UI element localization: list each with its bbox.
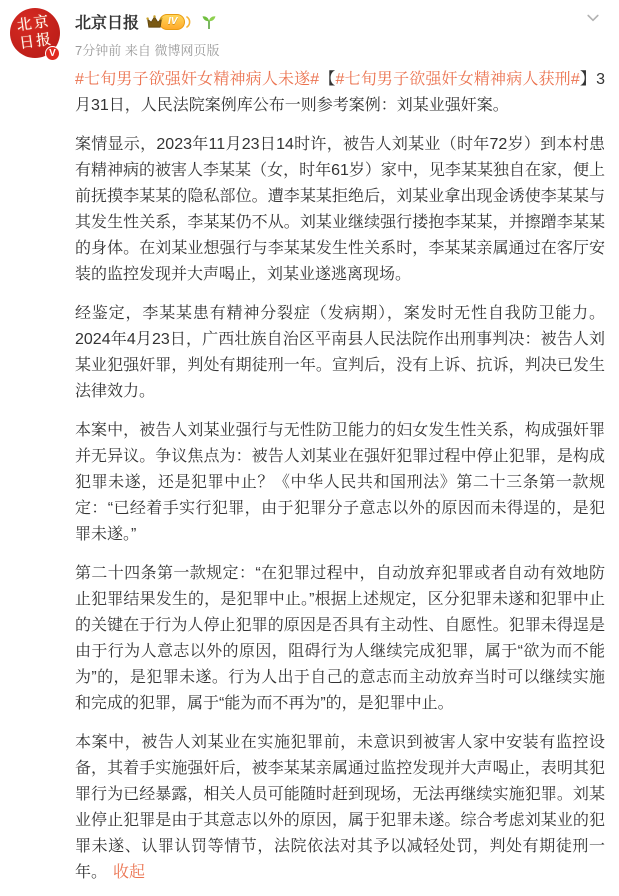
post-header: 北京日报 V 北京日报 IV: [0, 0, 619, 59]
collapse-link[interactable]: 收起: [113, 864, 145, 881]
verified-v-badge: V: [45, 46, 60, 61]
vip-badge-tail-icon: [186, 15, 192, 29]
post-paragraph-case-facts: 案情显示，2023年11月23日14时许，被告人刘某业（时年72岁）到本村患有精…: [75, 132, 605, 288]
vip-membership-badge[interactable]: IV: [146, 14, 192, 30]
post-content: #七旬男子欲强奸女精神病人未遂#【#七旬男子欲强奸女精神病人获刑#】3月31日，…: [0, 59, 619, 896]
post-paragraph-dispute: 本案中，被告人刘某业强行与无性防卫能力的妇女发生性关系，构成强奸罪并无异议。争议…: [75, 418, 605, 548]
post-paragraph-conclusion: 本案中，被告人刘某业在实施犯罪前，未意识到被害人家中安装有监控设备，其着手实施强…: [75, 730, 605, 886]
timestamp: 7分钟前: [75, 43, 121, 58]
bracket-close: 】: [580, 71, 596, 88]
hashtag-link-sentenced[interactable]: #七旬男子欲强奸女精神病人获刑#: [336, 71, 580, 88]
author-name[interactable]: 北京日报: [75, 10, 139, 33]
avatar[interactable]: 北京日报 V: [10, 8, 60, 58]
post-paragraph-law-article24: 第二十四条第一款规定：“在犯罪过程中，自动放弃犯罪或者自动有效地防止犯罪结果发生…: [75, 561, 605, 717]
chevron-down-icon[interactable]: [581, 8, 605, 28]
source-prefix: 来自: [125, 43, 151, 58]
crown-icon: [146, 15, 163, 29]
author-name-row: 北京日报 IV: [75, 10, 581, 33]
hashtag-link-attempted[interactable]: #七旬男子欲强奸女精神病人未遂#: [75, 71, 319, 88]
header-main: 北京日报 IV: [75, 8, 581, 59]
sprout-icon: [200, 13, 218, 30]
conclusion-text: 本案中，被告人刘某业在实施犯罪前，未意识到被害人家中安装有监控设备，其着手实施强…: [75, 734, 605, 881]
post-meta: 7分钟前 来自 微博网页版: [75, 40, 581, 59]
bracket-open: 【: [319, 71, 335, 88]
source-link[interactable]: 微博网页版: [155, 43, 220, 58]
weibo-post-card: 北京日报 V 北京日报 IV: [0, 0, 619, 896]
post-paragraph-lead: #七旬男子欲强奸女精神病人未遂#【#七旬男子欲强奸女精神病人获刑#】3月31日，…: [75, 67, 605, 119]
post-paragraph-verdict: 经鉴定，李某某患有精神分裂症（发病期），案发时无性自我防卫能力。2024年4月2…: [75, 301, 605, 405]
